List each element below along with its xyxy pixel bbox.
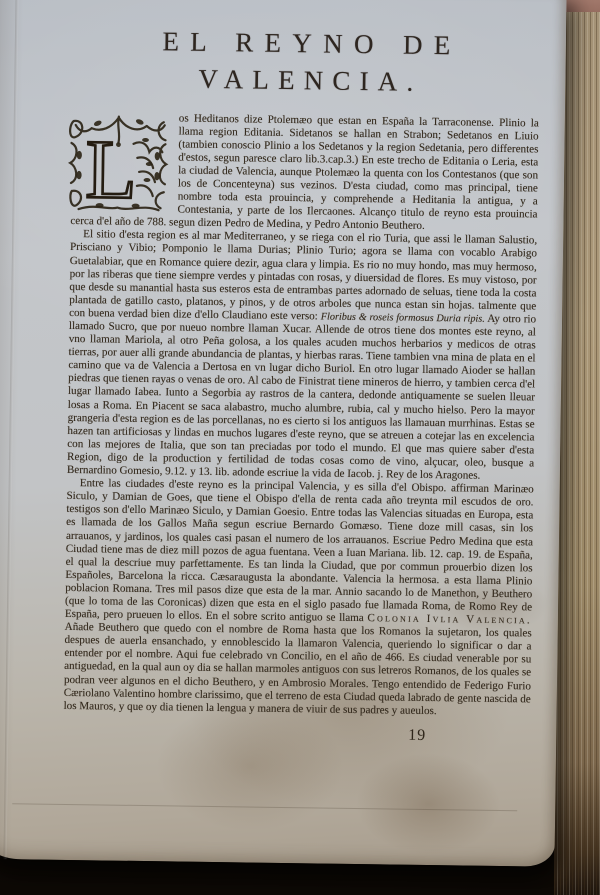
paragraph-3: Entre las ciudades d'este reyno es la pr…	[64, 477, 534, 719]
paragraph-2-before-verse: El sitio d'esta region es al mar Mediter…	[69, 228, 537, 322]
text-block: EL REYNO DE VALENCIA.	[0, 0, 567, 867]
woodcut-initial-L: L	[67, 112, 170, 213]
paragraph-3-before-colonia: Entre las ciudades d'este reyno es la pr…	[65, 477, 534, 624]
book-page: EL REYNO DE VALENCIA.	[0, 0, 567, 867]
dropcap-letter: L	[85, 123, 138, 214]
paragraph-3-after-colonia: Añade Beuthero que quedo con el nombre d…	[64, 621, 532, 717]
colonia-ivlia-valencia: Colonia Ivlia Valencia.	[367, 612, 532, 626]
title-line-2: VALENCIA.	[81, 61, 539, 101]
paragraph-2-after-verse: Ay otro rio llamado Sucro, que por nueuo…	[67, 313, 536, 482]
paragraph-1: L os Heditanos dize Ptolemæo que estan e…	[70, 110, 539, 234]
page-title: EL REYNO DE VALENCIA.	[72, 24, 540, 101]
page-number: 19	[63, 722, 530, 747]
book-photo: EL REYNO DE VALENCIA.	[0, 0, 600, 895]
dropcap-ornament-icon: L	[67, 112, 170, 213]
paragraph-2: El sitio d'esta region es al mar Mediter…	[67, 228, 537, 483]
latin-verse: Floribus & roseis formosus Duria ripis.	[321, 311, 485, 324]
title-line-1: EL REYNO DE	[84, 24, 540, 64]
body-text: L os Heditanos dize Ptolemæo que estan e…	[64, 110, 539, 719]
